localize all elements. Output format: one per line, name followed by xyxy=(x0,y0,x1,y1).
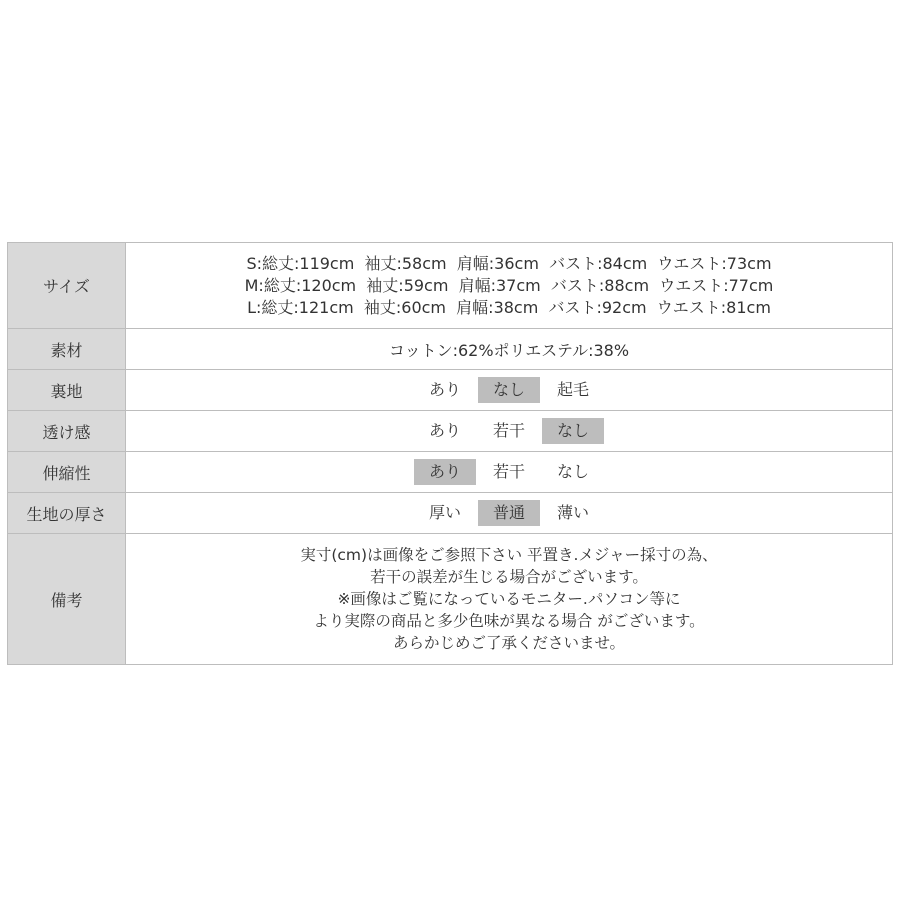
thickness-options: 厚い 普通 薄い xyxy=(126,493,893,534)
thickness-option: 厚い xyxy=(414,500,476,526)
stretch-option-group: あり 若干 なし xyxy=(413,459,605,485)
sheerness-row: 透け感 あり 若干 なし xyxy=(8,411,893,452)
lining-row: 裏地 あり なし 起毛 xyxy=(8,370,893,411)
material-value: コットン:62%ポリエステル:38% xyxy=(126,329,893,370)
lining-options: あり なし 起毛 xyxy=(126,370,893,411)
sheerness-option-group: あり 若干 なし xyxy=(413,418,605,444)
notes-values: 実寸(cm)は画像をご参照下さい 平置き.メジャー採寸の為、 若干の誤差が生じる… xyxy=(126,534,893,665)
lining-option: 起毛 xyxy=(542,377,604,403)
sheerness-label: 透け感 xyxy=(8,411,126,452)
note-line: 若干の誤差が生じる場合がございます。 xyxy=(126,566,892,588)
material-label: 素材 xyxy=(8,329,126,370)
material-row: 素材 コットン:62%ポリエステル:38% xyxy=(8,329,893,370)
size-label: サイズ xyxy=(8,243,126,329)
note-line: より実際の商品と多少色味が異なる場合 がございます。 xyxy=(126,610,892,632)
size-row: サイズ S:総丈:119cm 袖丈:58cm 肩幅:36cm バスト:84cm … xyxy=(8,243,893,329)
lining-option: あり xyxy=(414,377,476,403)
size-values: S:総丈:119cm 袖丈:58cm 肩幅:36cm バスト:84cm ウエスト… xyxy=(126,243,893,329)
thickness-label: 生地の厚さ xyxy=(8,493,126,534)
note-line: ※画像はご覧になっているモニター.パソコン等に xyxy=(126,588,892,610)
sheerness-option: あり xyxy=(414,418,476,444)
stretch-options: あり 若干 なし xyxy=(126,452,893,493)
stretch-option: 若干 xyxy=(478,459,540,485)
thickness-option: 薄い xyxy=(542,500,604,526)
notes-label: 備考 xyxy=(8,534,126,665)
thickness-option-selected: 普通 xyxy=(478,500,540,526)
size-s-line: S:総丈:119cm 袖丈:58cm 肩幅:36cm バスト:84cm ウエスト… xyxy=(126,253,892,275)
notes-row: 備考 実寸(cm)は画像をご参照下さい 平置き.メジャー採寸の為、 若干の誤差が… xyxy=(8,534,893,665)
sheerness-option-selected: なし xyxy=(542,418,604,444)
sheerness-options: あり 若干 なし xyxy=(126,411,893,452)
stretch-option-selected: あり xyxy=(414,459,476,485)
size-m-line: M:総丈:120cm 袖丈:59cm 肩幅:37cm バスト:88cm ウエスト… xyxy=(126,275,892,297)
sheerness-option: 若干 xyxy=(478,418,540,444)
stretch-row: 伸縮性 あり 若干 なし xyxy=(8,452,893,493)
note-line: 実寸(cm)は画像をご参照下さい 平置き.メジャー採寸の為、 xyxy=(126,544,892,566)
product-spec-table: サイズ S:総丈:119cm 袖丈:58cm 肩幅:36cm バスト:84cm … xyxy=(7,242,893,665)
lining-label: 裏地 xyxy=(8,370,126,411)
note-line: あらかじめご了承くださいませ。 xyxy=(126,632,892,654)
lining-option-selected: なし xyxy=(478,377,540,403)
thickness-option-group: 厚い 普通 薄い xyxy=(413,500,605,526)
stretch-option: なし xyxy=(542,459,604,485)
stretch-label: 伸縮性 xyxy=(8,452,126,493)
lining-option-group: あり なし 起毛 xyxy=(413,377,605,403)
thickness-row: 生地の厚さ 厚い 普通 薄い xyxy=(8,493,893,534)
size-l-line: L:総丈:121cm 袖丈:60cm 肩幅:38cm バスト:92cm ウエスト… xyxy=(126,297,892,319)
